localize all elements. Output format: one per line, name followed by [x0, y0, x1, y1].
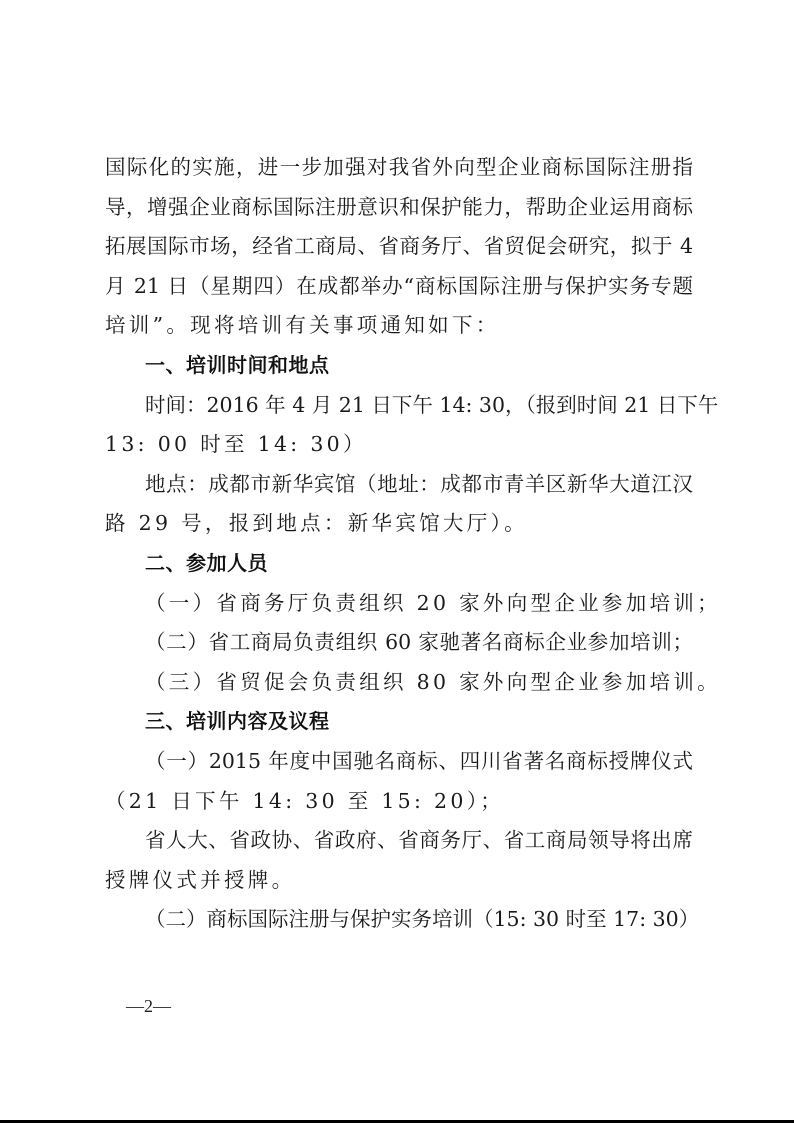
section-heading-time-location: 一、培训时间和地点 [105, 346, 693, 386]
document-body: 国际化的实施，进一步加强对我省外向型企业商标国际注册指 导，增强企业商标国际注册… [105, 148, 693, 940]
document-page: 国际化的实施，进一步加强对我省外向型企业商标国际注册指 导，增强企业商标国际注册… [0, 0, 794, 1123]
paragraph-line: （21 日下午 14: 30 至 15: 20）； [105, 782, 693, 822]
paragraph-line-location: 地点：成都市新华宾馆（地址：成都市青羊区新华大道江汉 [105, 465, 693, 505]
paragraph-line: 省人大、省政协、省政府、省商务厅、省工商局领导将出席 [105, 821, 693, 861]
paragraph-line: 授牌仪式并授牌。 [105, 861, 693, 901]
list-item-agenda: （二）商标国际注册与保护实务培训（15: 30 时至 17: 30） [105, 900, 693, 940]
paragraph-line: 月 21 日（星期四）在成都举办“商标国际注册与保护实务专题 [105, 267, 693, 307]
paragraph-line-time: 时间：2016 年 4 月 21 日下午 14: 30，（报到时间 21 日下午 [105, 386, 693, 426]
list-item-participant: （一）省商务厅负责组织 20 家外向型企业参加培训； [105, 584, 693, 624]
paragraph-line: 13: 00 时至 14: 30） [105, 425, 693, 465]
section-heading-participants: 二、参加人员 [105, 544, 693, 584]
list-item-participant: （二）省工商局负责组织 60 家驰著名商标企业参加培训； [105, 623, 693, 663]
section-heading-agenda: 三、培训内容及议程 [105, 702, 693, 742]
paragraph-line: 导，增强企业商标国际注册意识和保护能力，帮助企业运用商标 [105, 188, 693, 228]
paragraph-line: 拓展国际市场，经省工商局、省商务厅、省贸促会研究，拟于 4 [105, 227, 693, 267]
paragraph-line: 培训”。现将培训有关事项通知如下： [105, 306, 693, 346]
paragraph-line: 国际化的实施，进一步加强对我省外向型企业商标国际注册指 [105, 148, 693, 188]
list-item-agenda: （一）2015 年度中国驰名商标、四川省著名商标授牌仪式 [105, 742, 693, 782]
page-number: —2— [126, 996, 171, 1017]
paragraph-line: 路 29 号，报到地点：新华宾馆大厅）。 [105, 504, 693, 544]
list-item-participant: （三）省贸促会负责组织 80 家外向型企业参加培训。 [105, 663, 693, 703]
